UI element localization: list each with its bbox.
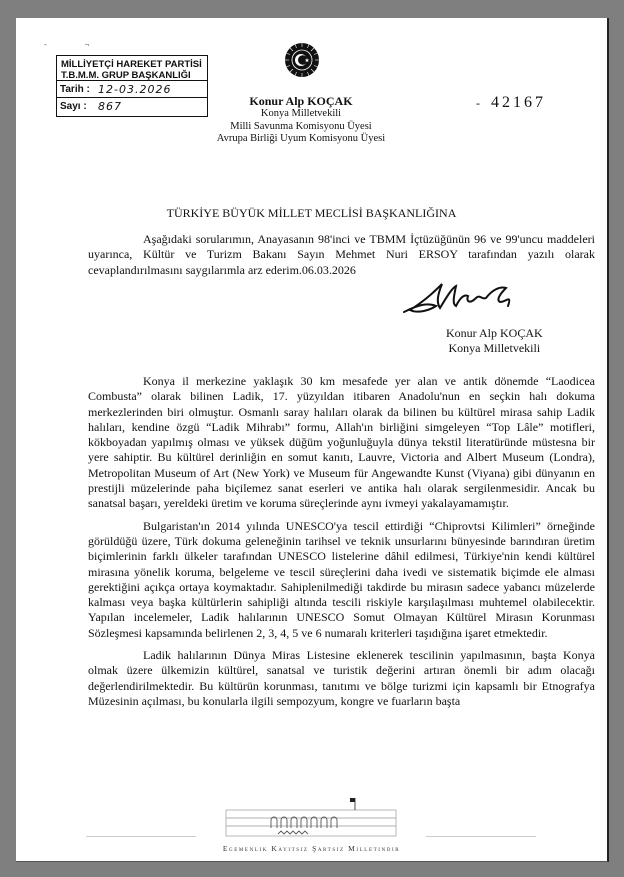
intro-text: Aşağıdaki sorularımın, Anayasanın 98'inc… (88, 232, 595, 278)
registry-stamp: MİLLİYETÇİ HAREKET PARTİSİ T.B.M.M. GRUP… (56, 55, 208, 117)
body-paragraph-1: Konya il merkezine yaklaşık 30 km mesafe… (88, 374, 595, 512)
sender-name: Konur Alp KOÇAK (196, 94, 406, 108)
stamp-number-row: Sayı : 867 (57, 98, 207, 114)
tbmm-building-icon (216, 796, 406, 838)
sender-role-eu: Avrupa Birliği Uyum Komisyonu Üyesi (196, 133, 406, 146)
signer-title: Konya Milletvekili (446, 341, 543, 356)
stamp-date-value: 12-03.2026 (98, 83, 171, 96)
stamp-party: MİLLİYETÇİ HAREKET PARTİSİ (61, 59, 203, 70)
stamp-header: MİLLİYETÇİ HAREKET PARTİSİ T.B.M.M. GRUP… (57, 56, 207, 81)
document-page: - ¬ MİLLİYETÇİ HAREKET PARTİSİ T.B.M.M. … (16, 18, 609, 862)
footer-motto: Egemenlik Kayıtsız Şartsız Milletindir (16, 844, 607, 853)
signature-image (396, 280, 556, 320)
document-number: -42167 (476, 94, 546, 112)
stamp-date-row: Tarih : 12-03.2026 (57, 81, 207, 98)
body-paragraph-2: Bulgaristan'ın 2014 yılında UNESCO'ya te… (88, 519, 595, 641)
addressee: TÜRKİYE BÜYÜK MİLLET MECLİSİ BAŞKANLIĞIN… (16, 206, 607, 221)
stamp-number-label: Sayı : (60, 101, 98, 112)
stamp-date-label: Tarih : (60, 84, 98, 95)
signer-name: Konur Alp KOÇAK (446, 326, 543, 341)
footer-rule-left (86, 836, 196, 837)
stamp-number-value: 867 (98, 100, 122, 113)
body-text: Konya il merkezine yaklaşık 30 km mesafe… (88, 374, 595, 709)
footer-rule-right (426, 836, 536, 837)
document-number-value: 42167 (491, 94, 546, 111)
sender-title: Konya Milletvekili (196, 108, 406, 121)
sender-role-defense: Milli Savunma Komisyonu Üyesi (196, 121, 406, 134)
signer-block: Konur Alp KOÇAK Konya Milletvekili (446, 326, 543, 356)
scan-specks: - ¬ (44, 40, 107, 49)
sender-block: Konur Alp KOÇAK Konya Milletvekili Milli… (196, 94, 406, 146)
body-paragraph-3: Ladik halılarının Dünya Miras Listesine … (88, 648, 595, 709)
intro-paragraph: Aşağıdaki sorularımın, Anayasanın 98'inc… (88, 232, 595, 278)
stamp-group: T.B.M.M. GRUP BAŞKANLIĞI (61, 70, 203, 81)
tbmm-emblem-icon (284, 42, 320, 78)
